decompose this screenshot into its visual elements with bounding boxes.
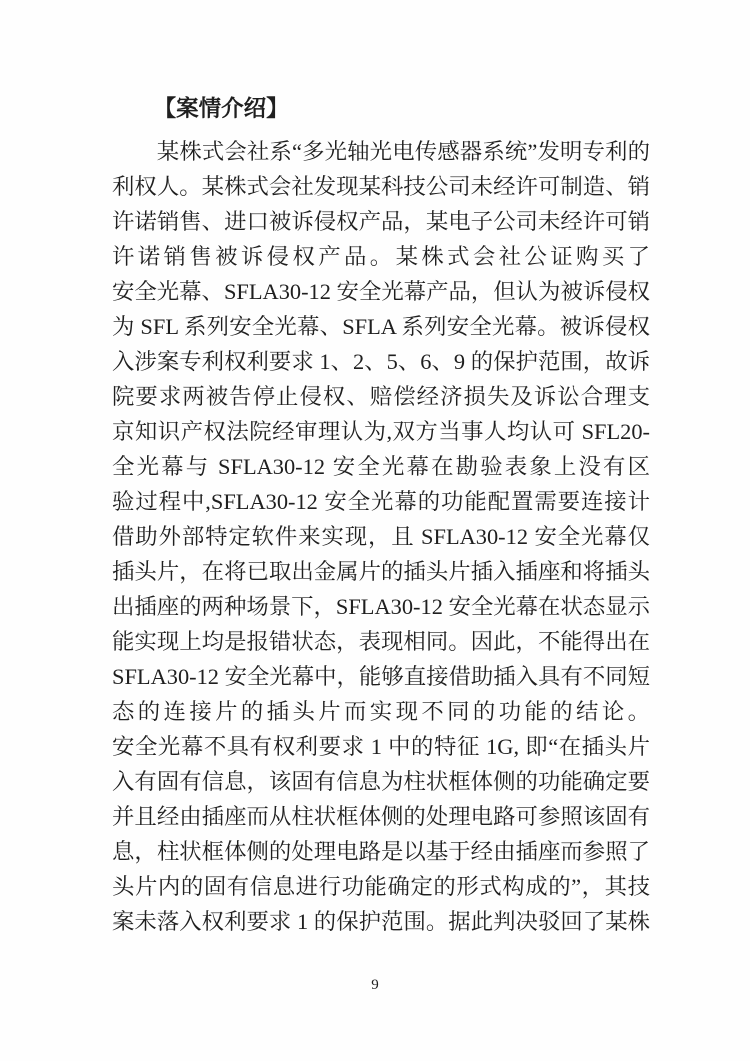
document-page: 【案情介绍】 某株式会社系“多光轴光电传感器系统”发明专利的专 利权人。某株式会… xyxy=(0,0,750,1061)
body-line: 京知识产权法院经审理认为,双方当事人均认可 SFL20-24 安 xyxy=(112,414,650,449)
body-line: 全光幕与 SFLA30-12 安全光幕在勘验表象上没有区别；在勘 xyxy=(112,449,650,484)
body-line: 息，柱状框体侧的处理电路是以基于经由插座而参照了的插 xyxy=(112,834,650,869)
body-line: 入涉案专利权利要求 1、2、5、6、9 的保护范围，故诉至法 xyxy=(112,344,650,379)
body-text: 某株式会社系“多光轴光电传感器系统”发明专利的专 利权人。某株式会社发现某科技公… xyxy=(112,134,650,939)
body-line: SFLA30-12 安全光幕中，能够直接借助插入具有不同短路状 xyxy=(112,659,650,694)
page-number: 9 xyxy=(0,974,750,996)
body-line: 出插座的两种场景下，SFLA30-12 安全光幕在状态显示和功 xyxy=(112,589,650,624)
body-line: 安全光幕、SFLA30-12 安全光幕产品，但认为被诉侵权产品 xyxy=(112,274,650,309)
body-line: 许诺销售、进口被诉侵权产品，某电子公司未经许可销售、 xyxy=(112,204,650,239)
body-line: 头片内的固有信息进行功能确定的形式构成的”，其技术方 xyxy=(112,869,650,904)
body-line: 能实现上均是报错状态，表现相同。因此，不能得出在 xyxy=(112,624,650,659)
body-line: 入有固有信息，该固有信息为柱状框体侧的功能确定要素， xyxy=(112,764,650,799)
body-line: 并且经由插座而从柱状框体侧的处理电路可参照该固有信 xyxy=(112,799,650,834)
body-line: 利权人。某株式会社发现某科技公司未经许可制造、销售、 xyxy=(112,169,650,204)
body-line: 态的连接片的插头片而实现不同的功能的结论。SFLA30-12 xyxy=(112,694,650,729)
section-heading: 【案情介绍】 xyxy=(112,94,650,124)
body-line: 某株式会社系“多光轴光电传感器系统”发明专利的专 xyxy=(112,134,650,169)
body-line: 为 SFL 系列安全光幕、SFLA 系列安全光幕。被诉侵权产品落 xyxy=(112,309,650,344)
body-line: 许诺销售被诉侵权产品。某株式会社公证购买了 SFL20-24 xyxy=(112,239,650,274)
body-line: 插头片，在将已取出金属片的插头片插入插座和将插头片拔 xyxy=(112,554,650,589)
body-line: 安全光幕不具有权利要求 1 中的特征 1G, 即“在插头片内编 xyxy=(112,729,650,764)
body-line: 院要求两被告停止侵权、赔偿经济损失及诉讼合理支出。北 xyxy=(112,379,650,414)
body-line: 案未落入权利要求 1 的保护范围。据此判决驳回了某株式会 xyxy=(112,904,650,939)
body-line: 借助外部特定软件来实现，且 SFLA30-12 安全光幕仅有一个 xyxy=(112,519,650,554)
body-line: 验过程中,SFLA30-12 安全光幕的功能配置需要连接计算机, xyxy=(112,484,650,519)
page-content: 【案情介绍】 某株式会社系“多光轴光电传感器系统”发明专利的专 利权人。某株式会… xyxy=(112,94,650,939)
